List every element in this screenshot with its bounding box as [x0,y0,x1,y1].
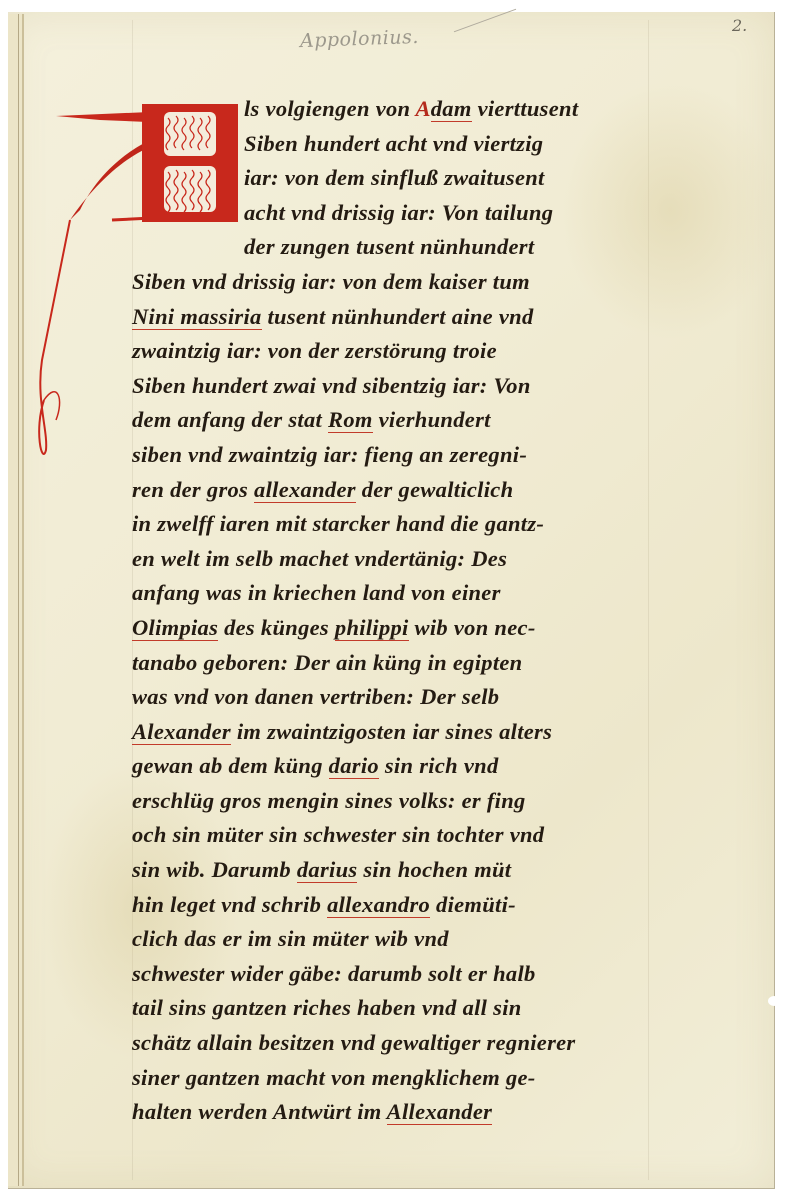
page-notch [768,996,780,1006]
text-line: der zungen tusent nünhundert [132,230,672,265]
text-line: siben vnd zwaintzig iar: fieng an zeregn… [132,438,672,473]
text-line: Siben vnd drissig iar: von dem kaiser tu… [132,265,672,300]
folio-number: 2. [732,16,747,35]
text-line: och sin müter sin schwester sin tochter … [132,818,672,853]
text-line: acht vnd drissig iar: Von tailung [132,196,672,231]
text-line: Siben hundert acht vnd viertzig [132,127,672,162]
text-line: zwaintzig iar: von der zerstörung troie [132,334,672,369]
text-line: was vnd von danen vertriben: Der selb [132,680,672,715]
text-line: Nini massiria tusent nünhundert aine vnd [132,300,672,335]
text-line: Olimpias des künges philippi wib von nec… [132,611,672,646]
manuscript-text-block: ls volgiengen von Adam vierttusent Siben… [132,92,672,1130]
text-line: tanabo geboren: Der ain küng in egipten [132,646,672,681]
text-line: en welt im selb machet vndertänig: Des [132,542,672,577]
text-line: erschlüg gros mengin sines volks: er fin… [132,784,672,819]
text-line: Alexander im zwaintzigosten iar sines al… [132,715,672,750]
text-line: siner gantzen macht von mengklichem ge- [132,1061,672,1096]
text-line: halten werden Antwürt im Allexander [132,1095,672,1130]
text-line: dem anfang der stat Rom vierhundert [132,403,672,438]
text-line: in zwelff iaren mit starcker hand die ga… [132,507,672,542]
text-line: ren der gros allexander der gewalticlich [132,473,672,508]
text-line: schätz allain besitzen vnd gewaltiger re… [132,1026,672,1061]
text-line: iar: von dem sinfluß zwaitusent [132,161,672,196]
text-line: schwester wider gäbe: darumb solt er hal… [132,957,672,992]
text-line: Siben hundert zwai vnd sibentzig iar: Vo… [132,369,672,404]
pencil-title-annotation: Appolonius. [300,26,420,52]
binding-edge [18,14,19,1186]
text-line: anfang was in kriechen land von einer [132,576,672,611]
text-line: hin leget vnd schrib allexandro diemüti- [132,888,672,923]
text-line: gewan ab dem küng dario sin rich vnd [132,749,672,784]
text-line: tail sins gantzen riches haben vnd all s… [132,991,672,1026]
text-line: clich das er im sin müter wib vnd [132,922,672,957]
text-line: sin wib. Darumb darius sin hochen müt [132,853,672,888]
text-line: ls volgiengen von Adam vierttusent [132,92,672,127]
